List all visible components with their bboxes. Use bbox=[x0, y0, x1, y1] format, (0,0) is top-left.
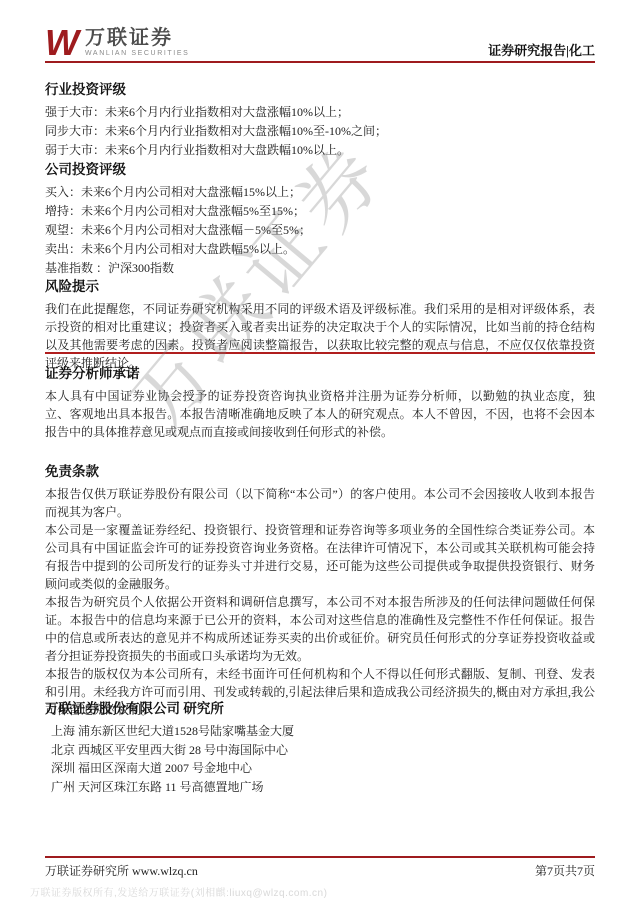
logo-w-icon: W bbox=[45, 27, 79, 59]
page-header: W 万联证券 WANLIAN SECURITIES 证券研究报告|化工 bbox=[45, 27, 595, 61]
rating-line: 卖出：未来6个月内公司相对大盘跌幅5%以上。 bbox=[45, 240, 595, 259]
rating-line: 同步大市：未来6个月内行业指数相对大盘涨幅10%至-10%之间； bbox=[45, 122, 595, 141]
report-type-tag: 证券研究报告|化工 bbox=[488, 40, 595, 59]
risk-body: 我们在此提醒您，不同证券研究机构采用不同的评级术语及评级标准。我们采用的是相对评… bbox=[45, 300, 595, 372]
section-industry-rating: 行业投资评级 强于大市：未来6个月内行业指数相对大盘涨幅10%以上； 同步大市：… bbox=[45, 82, 595, 160]
benchmark-line: 基准指数 ：沪深300指数 bbox=[45, 259, 595, 278]
section-title: 风险提示 bbox=[45, 279, 595, 295]
section-title: 证券分析师承诺 bbox=[45, 366, 595, 382]
logo-name-cn: 万联证券 bbox=[85, 27, 189, 49]
section-analyst-statement: 证券分析师承诺 本人具有中国证券业协会授予的证券投资咨询执业资格并注册为证券分析… bbox=[45, 366, 595, 441]
section-title: 行业投资评级 bbox=[45, 82, 595, 98]
footer-page-number: 第7页共7页 bbox=[535, 862, 595, 879]
logo-name-en: WANLIAN SECURITIES bbox=[85, 49, 189, 58]
rating-line: 观望：未来6个月内公司相对大盘涨幅－5%至5%； bbox=[45, 221, 595, 240]
section-title: 免责条款 bbox=[45, 464, 595, 480]
analyst-body: 本人具有中国证券业协会授予的证券投资咨询执业资格并注册为证券分析师，以勤勉的执业… bbox=[45, 387, 595, 441]
distribution-watermark: 万联证券版权所有,发送给万联证券(刘相麒:liuxq@wlzq.com.cn) bbox=[30, 884, 327, 899]
rating-line: 增持：未来6个月内公司相对大盘涨幅5%至15%； bbox=[45, 202, 595, 221]
report-page: W 万联证券 WANLIAN SECURITIES 证券研究报告|化工 行业投资… bbox=[0, 0, 640, 905]
footer-divider bbox=[45, 856, 595, 858]
disclaimer-paragraph: 本报告仅供万联证券股份有限公司（以下简称“本公司”）的客户使用。本公司不会因接收… bbox=[45, 485, 595, 521]
section-company-rating: 公司投资评级 买入：未来6个月内公司相对大盘涨幅15%以上； 增持：未来6个月内… bbox=[45, 162, 595, 278]
logo-text: 万联证券 WANLIAN SECURITIES bbox=[85, 27, 189, 58]
section-title: 公司投资评级 bbox=[45, 162, 595, 178]
office-address: 上海 浦东新区世纪大道1528号陆家嘴基金大厦 bbox=[45, 722, 595, 741]
company-logo: W 万联证券 WANLIAN SECURITIES bbox=[45, 27, 189, 59]
rating-line: 强于大市：未来6个月内行业指数相对大盘涨幅10%以上； bbox=[45, 103, 595, 122]
office-address: 深圳 福田区深南大道 2007 号金地中心 bbox=[45, 759, 595, 778]
header-divider bbox=[45, 61, 595, 63]
section-disclaimer: 免责条款 本报告仅供万联证券股份有限公司（以下简称“本公司”）的客户使用。本公司… bbox=[45, 464, 595, 719]
rating-line: 弱于大市：未来6个月内行业指数相对大盘跌幅10%以上。 bbox=[45, 141, 595, 160]
rating-line: 买入：未来6个月内公司相对大盘涨幅15%以上； bbox=[45, 183, 595, 202]
office-address: 北京 西城区平安里西大街 28 号中海国际中心 bbox=[45, 741, 595, 760]
disclaimer-paragraph: 本报告为研究员个人依据公开资料和调研信息撰写，本公司不对本报告所涉及的任何法律问… bbox=[45, 593, 595, 665]
footer-institute-url: 万联证券研究所 www.wlzq.cn bbox=[45, 862, 198, 879]
disclaimer-paragraph: 本公司是一家覆盖证券经纪、投资银行、投资管理和证券咨询等多项业务的全国性综合类证… bbox=[45, 521, 595, 593]
section-offices: 万联证券股份有限公司 研究所 上海 浦东新区世纪大道1528号陆家嘴基金大厦 北… bbox=[45, 701, 595, 796]
office-address: 广州 天河区珠江东路 11 号高德置地广场 bbox=[45, 778, 595, 797]
section-divider bbox=[45, 352, 595, 354]
section-risk-notice: 风险提示 我们在此提醒您，不同证券研究机构采用不同的评级术语及评级标准。我们采用… bbox=[45, 279, 595, 372]
section-title: 万联证券股份有限公司 研究所 bbox=[45, 701, 595, 717]
